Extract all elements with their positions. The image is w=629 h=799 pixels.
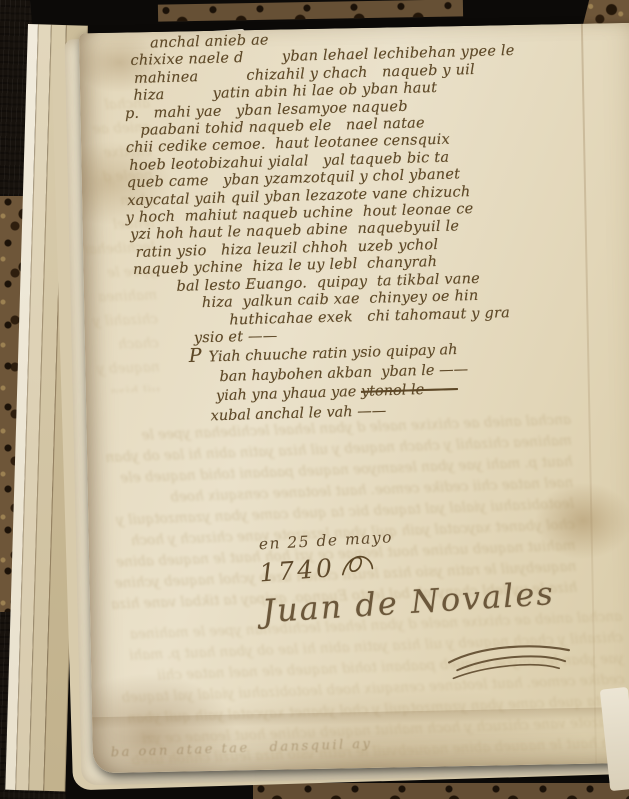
manuscript-line-text: yiah yna yhaua yae: [216, 384, 361, 404]
book-cover-bottom-edge: [253, 783, 629, 799]
closing-paragraph: PYiah chuuche ratin ysio quipay ah ban h…: [85, 335, 607, 430]
page-edge-text-fragment: ba oan atae tae dansquil ay: [111, 729, 616, 761]
year-text: 1740: [258, 553, 336, 587]
book-cover-top-edge: [158, 0, 463, 22]
manuscript-page: anchal anieb ae chixixe naele d yban leh…: [79, 23, 629, 774]
body-text: anchal anieb ae chixixe naele d yban leh…: [78, 23, 629, 350]
paragraph-mark: P: [189, 345, 202, 367]
signature-rubric-icon: [447, 640, 574, 684]
struck-text: ytonol le ——: [361, 381, 458, 400]
page-corner-edge: [600, 687, 629, 791]
manuscript-photo: anchal anieb ae chixixe naele d yban leh…: [0, 0, 629, 799]
ink-flourish-icon: [339, 552, 375, 580]
date-block: en 25 de mayo 1740: [259, 530, 394, 584]
